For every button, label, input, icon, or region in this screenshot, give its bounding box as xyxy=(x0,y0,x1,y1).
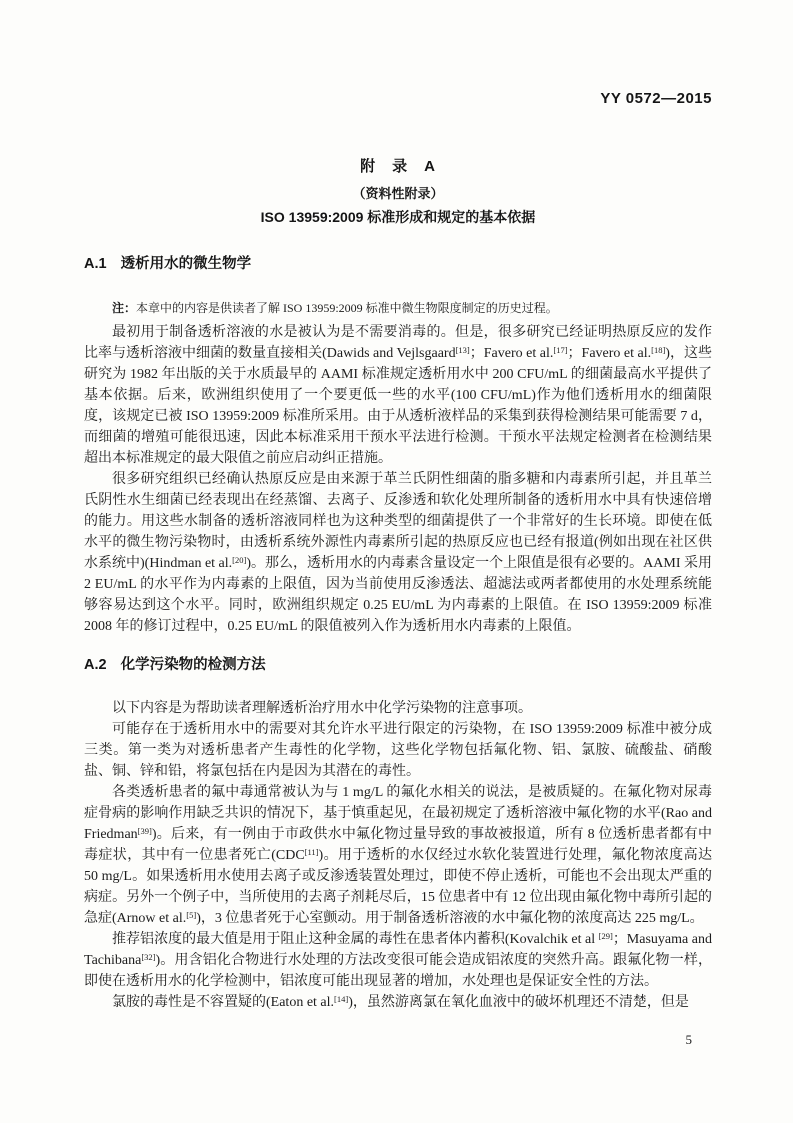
section-title: 透析用水的微生物学 xyxy=(121,256,252,272)
section-a2-heading: A.2化学污染物的检测方法 xyxy=(84,656,712,674)
section-number: A.2 xyxy=(84,657,107,673)
citation-reference: [39] xyxy=(138,826,152,836)
section-a2: A.2化学污染物的检测方法 以下内容是为帮助读者理解透析治疗用水中化学污染物的注… xyxy=(84,656,712,1013)
document-page: YY 0572—2015 附 录 A （资料性附录） ISO 13959:200… xyxy=(0,0,793,1123)
body-paragraph: 可能存在于透析用水中的需要对其允许水平进行限定的污染物，在 ISO 13959:… xyxy=(84,719,712,782)
body-paragraph: 氯胺的毒性是不容置疑的(Eaton et al.[14])，虽然游离氯在氧化血液… xyxy=(84,992,712,1013)
citation-reference: [29] xyxy=(599,931,613,941)
appendix-title-block: 附 录 A （资料性附录） ISO 13959:2009 标准形成和规定的基本依… xyxy=(84,157,712,227)
section-a1-heading: A.1透析用水的微生物学 xyxy=(84,255,712,273)
citation-reference: [13] xyxy=(456,345,470,355)
citation-reference: [5] xyxy=(186,910,196,920)
citation-reference: [20] xyxy=(232,555,246,565)
appendix-subtitle: （资料性附录） xyxy=(84,184,712,204)
page-number: 5 xyxy=(84,1032,712,1048)
citation-reference: [18] xyxy=(651,345,665,355)
appendix-subject: ISO 13959:2009 标准形成和规定的基本依据 xyxy=(84,207,712,227)
citation-reference: [32] xyxy=(141,952,155,962)
body-paragraph: 各类透析患者的氟中毒通常被认为与 1 mg/L 的氟化水相关的说法，是被质疑的。… xyxy=(84,782,712,929)
section-a1: A.1透析用水的微生物学 注：本章中的内容是供读者了解 ISO 13959:20… xyxy=(84,255,712,637)
body-paragraph: 很多研究组织已经确认热原反应是由来源于革兰氏阴性细菌的脂多糖和内毒素所引起，并且… xyxy=(84,469,712,637)
appendix-title: 附 录 A xyxy=(84,157,712,177)
section-title: 化学污染物的检测方法 xyxy=(121,657,266,673)
section-number: A.1 xyxy=(84,256,107,272)
citation-reference: [14] xyxy=(334,994,348,1004)
note-line: 注：本章中的内容是供读者了解 ISO 13959:2009 标准中微生物限度制定… xyxy=(84,300,712,317)
note-text: 本章中的内容是供读者了解 ISO 13959:2009 标准中微生物限度制定的历… xyxy=(136,301,558,315)
note-label: 注： xyxy=(112,301,136,315)
citation-reference: [11] xyxy=(305,847,319,857)
standard-code-header: YY 0572—2015 xyxy=(84,90,712,107)
body-paragraph: 最初用于制备透析溶液的水是被认为是不需要消毒的。但是，很多研究已经证明热原反应的… xyxy=(84,322,712,469)
body-paragraph: 推荐铝浓度的最大值是用于阻止这种金属的毒性在患者体内蓄积(Kovalchik e… xyxy=(84,929,712,992)
citation-reference: [17] xyxy=(553,345,567,355)
body-paragraph: 以下内容是为帮助读者理解透析治疗用水中化学污染物的注意事项。 xyxy=(84,698,712,719)
